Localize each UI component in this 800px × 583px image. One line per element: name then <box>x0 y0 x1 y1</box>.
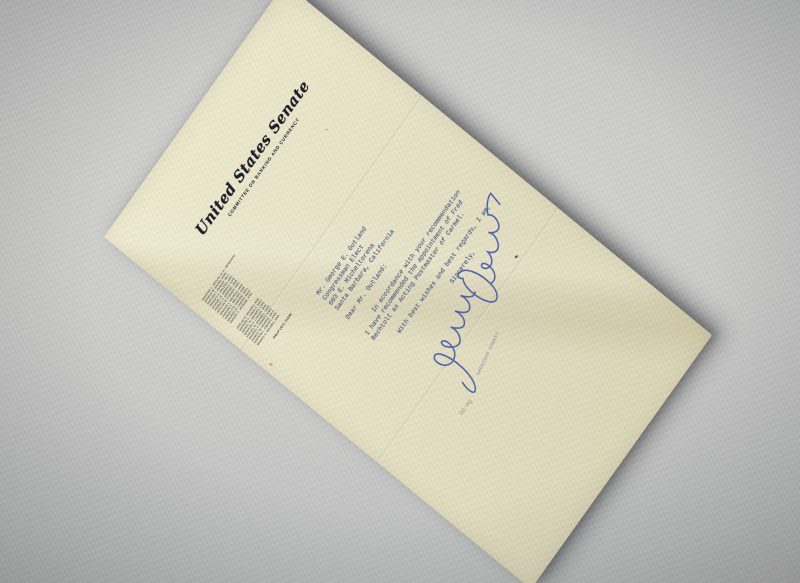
photo-background: United States Senate COMMITTEE ON BANKIN… <box>0 0 800 583</box>
paper-speck <box>269 362 273 366</box>
paper-speck <box>325 128 328 131</box>
typist-initials: SD:mg <box>458 398 474 417</box>
letterhead: United States Senate COMMITTEE ON BANKIN… <box>155 25 356 296</box>
letterhead-title: United States Senate <box>155 25 350 290</box>
letterhead-subtitle: COMMITTEE ON BANKING AND CURRENCY <box>171 38 356 295</box>
committee-roster: mnwrae c. hkelan, m. k., mnwarhwnkheln w… <box>202 247 304 352</box>
letter-paper: United States Senate COMMITTEE ON BANKIN… <box>104 0 712 583</box>
